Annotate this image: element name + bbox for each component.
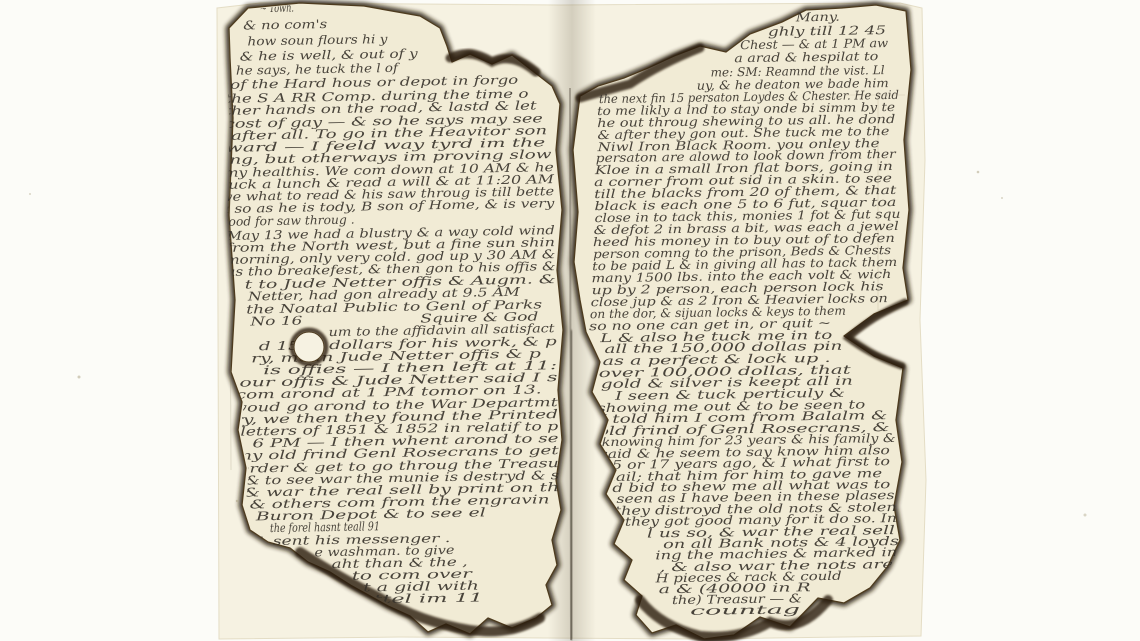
document-svg: ~ Town.& no com'show soun flours hi y& h… xyxy=(0,0,1140,641)
handwriting-line: No 16 xyxy=(249,314,303,329)
paper-speck xyxy=(78,376,81,379)
scanned-document: ~ Town.& no com'show soun flours hi y& h… xyxy=(0,0,1140,641)
fold-crease-lower xyxy=(571,330,572,640)
handwriting-line: Many. xyxy=(794,10,839,25)
paper-speck xyxy=(977,171,980,174)
handwriting-line: how soun flours hi y xyxy=(247,32,387,48)
handwriting-line: & no com's xyxy=(243,17,327,32)
handwriting-line: countag xyxy=(690,602,801,618)
paper-speck xyxy=(1001,197,1003,199)
burn-hole xyxy=(294,332,324,362)
paper-speck xyxy=(29,193,31,195)
paper-speck xyxy=(1084,514,1087,517)
handwriting-line: ttel im 11 xyxy=(373,590,483,606)
ink-dot xyxy=(236,500,238,502)
